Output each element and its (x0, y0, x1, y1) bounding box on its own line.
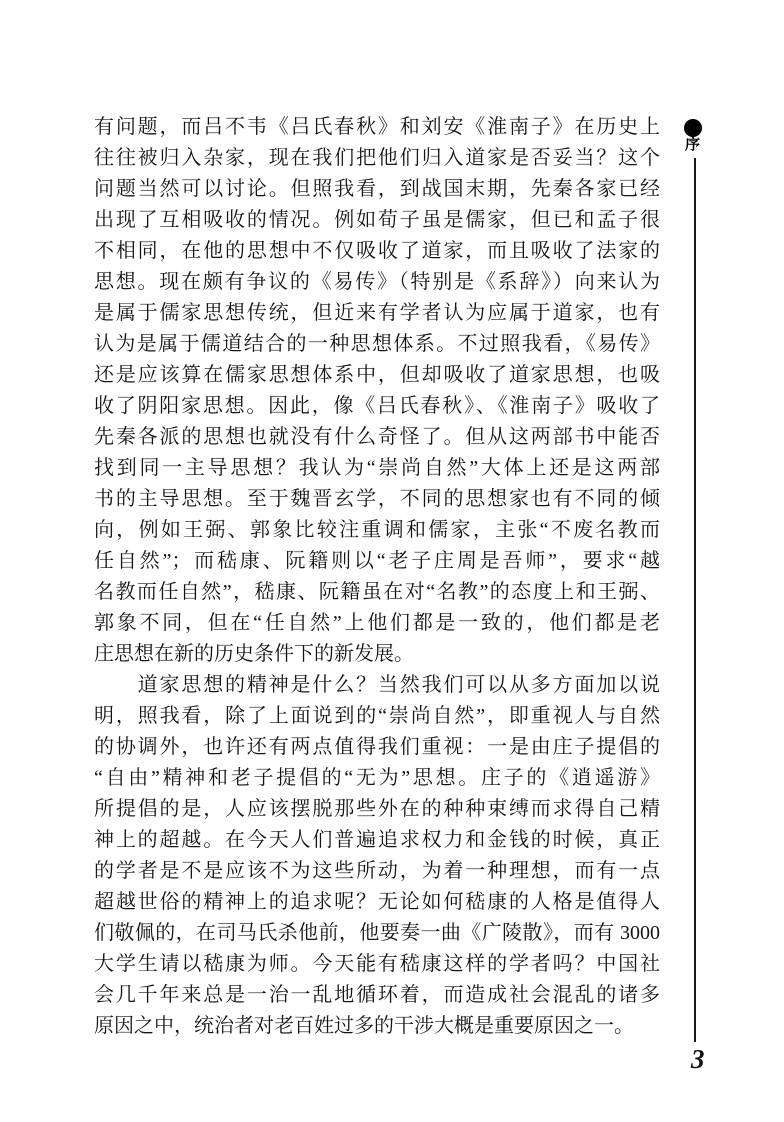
text-line: “自由”精神和老子提倡的“无为”思想。庄子的《逍遥游》 (94, 763, 660, 794)
text-line: 认为是属于儒道结合的一种思想体系。不过照我看，《易传》 (94, 329, 660, 360)
text-line: 所提倡的是，人应该摆脱那些外在的种种束缚而求得自己精 (94, 794, 660, 825)
text-line: 明，照我看，除了上面说到的“崇尚自然”，即重视人与自然 (94, 701, 660, 732)
scanned-book-page: 有问题，而吕不韦《吕氏春秋》和刘安《淮南子》在历史上 往往被归入杂家，现在我们把… (0, 0, 784, 1122)
text-line: 的协调外，也许还有两点值得我们重视：一是由庄子提倡的 (94, 732, 660, 763)
text-line: 名教而任自然”，嵇康、阮籍虽在对“名教”的态度上和王弼、 (94, 577, 660, 608)
text-line: 郭象不同，但在“任自然”上他们都是一致的，他们都是老 (94, 608, 660, 639)
text-line: 先秦各派的思想也就没有什么奇怪了。但从这两部书中能否 (94, 422, 660, 453)
margin-vertical-rule (694, 158, 696, 1042)
text-line: 神上的超越。在今天人们普遍追求权力和金钱的时候，真正 (94, 825, 660, 856)
text-line: 有问题，而吕不韦《吕氏春秋》和刘安《淮南子》在历史上 (94, 112, 660, 143)
text-line: 书的主导思想。至于魏晋玄学，不同的思想家也有不同的倾 (94, 484, 660, 515)
text-line-paragraph-end: 原因之中，统治者对老百姓过多的干涉大概是重要原因之一。 (94, 1011, 660, 1042)
page-number: 3 (691, 1044, 705, 1075)
text-line: 还是应该算在儒家思想体系中，但却吸收了道家思想，也吸 (94, 360, 660, 391)
text-line: 的学者是不是应该不为这些所动，为着一种理想，而有一点 (94, 856, 660, 887)
text-line-paragraph-end: 庄思想在新的历史条件下的新发展。 (94, 639, 660, 670)
text-line: 是属于儒家思想传统，但近来有学者认为应属于道家，也有 (94, 298, 660, 329)
section-bullet-icon (684, 119, 702, 137)
text-line: 不相同，在他的思想中不仅吸收了道家，而且吸收了法家的 (94, 236, 660, 267)
text-line: 向，例如王弼、郭象比较注重调和儒家，主张“不废名教而 (94, 515, 660, 546)
text-line: 出现了互相吸收的情况。例如荀子虽是儒家，但已和孟子很 (94, 205, 660, 236)
text-line: 任自然”；而嵇康、阮籍则以“老子庄周是吾师”，要求“越 (94, 546, 660, 577)
margin-section-label: 序 (685, 137, 700, 153)
text-line: 们敬佩的，在司马氏杀他前，他要奏一曲《广陵散》，而有 3000 (94, 918, 660, 949)
text-block: 有问题，而吕不韦《吕氏春秋》和刘安《淮南子》在历史上 往往被归入杂家，现在我们把… (94, 112, 660, 1042)
text-line: 问题当然可以讨论。但照我看，到战国末期，先秦各家已经 (94, 174, 660, 205)
text-line: 收了阴阳家思想。因此，像《吕氏春秋》、《淮南子》吸收了 (94, 391, 660, 422)
text-line: 超越世俗的精神上的追求呢？无论如何嵇康的人格是值得人 (94, 887, 660, 918)
text-line: 大学生请以嵇康为师。今天能有嵇康这样的学者吗？中国社 (94, 949, 660, 980)
text-line: 会几千年来总是一治一乱地循环着，而造成社会混乱的诸多 (94, 980, 660, 1011)
text-line: 道家思想的精神是什么？当然我们可以从多方面加以说 (94, 670, 660, 701)
text-line: 思想。现在颇有争议的《易传》（特别是《系辞》）向来认为 (94, 267, 660, 298)
text-line: 往往被归入杂家，现在我们把他们归入道家是否妥当？这个 (94, 143, 660, 174)
text-line: 找到同一主导思想？我认为“崇尚自然”大体上还是这两部 (94, 453, 660, 484)
